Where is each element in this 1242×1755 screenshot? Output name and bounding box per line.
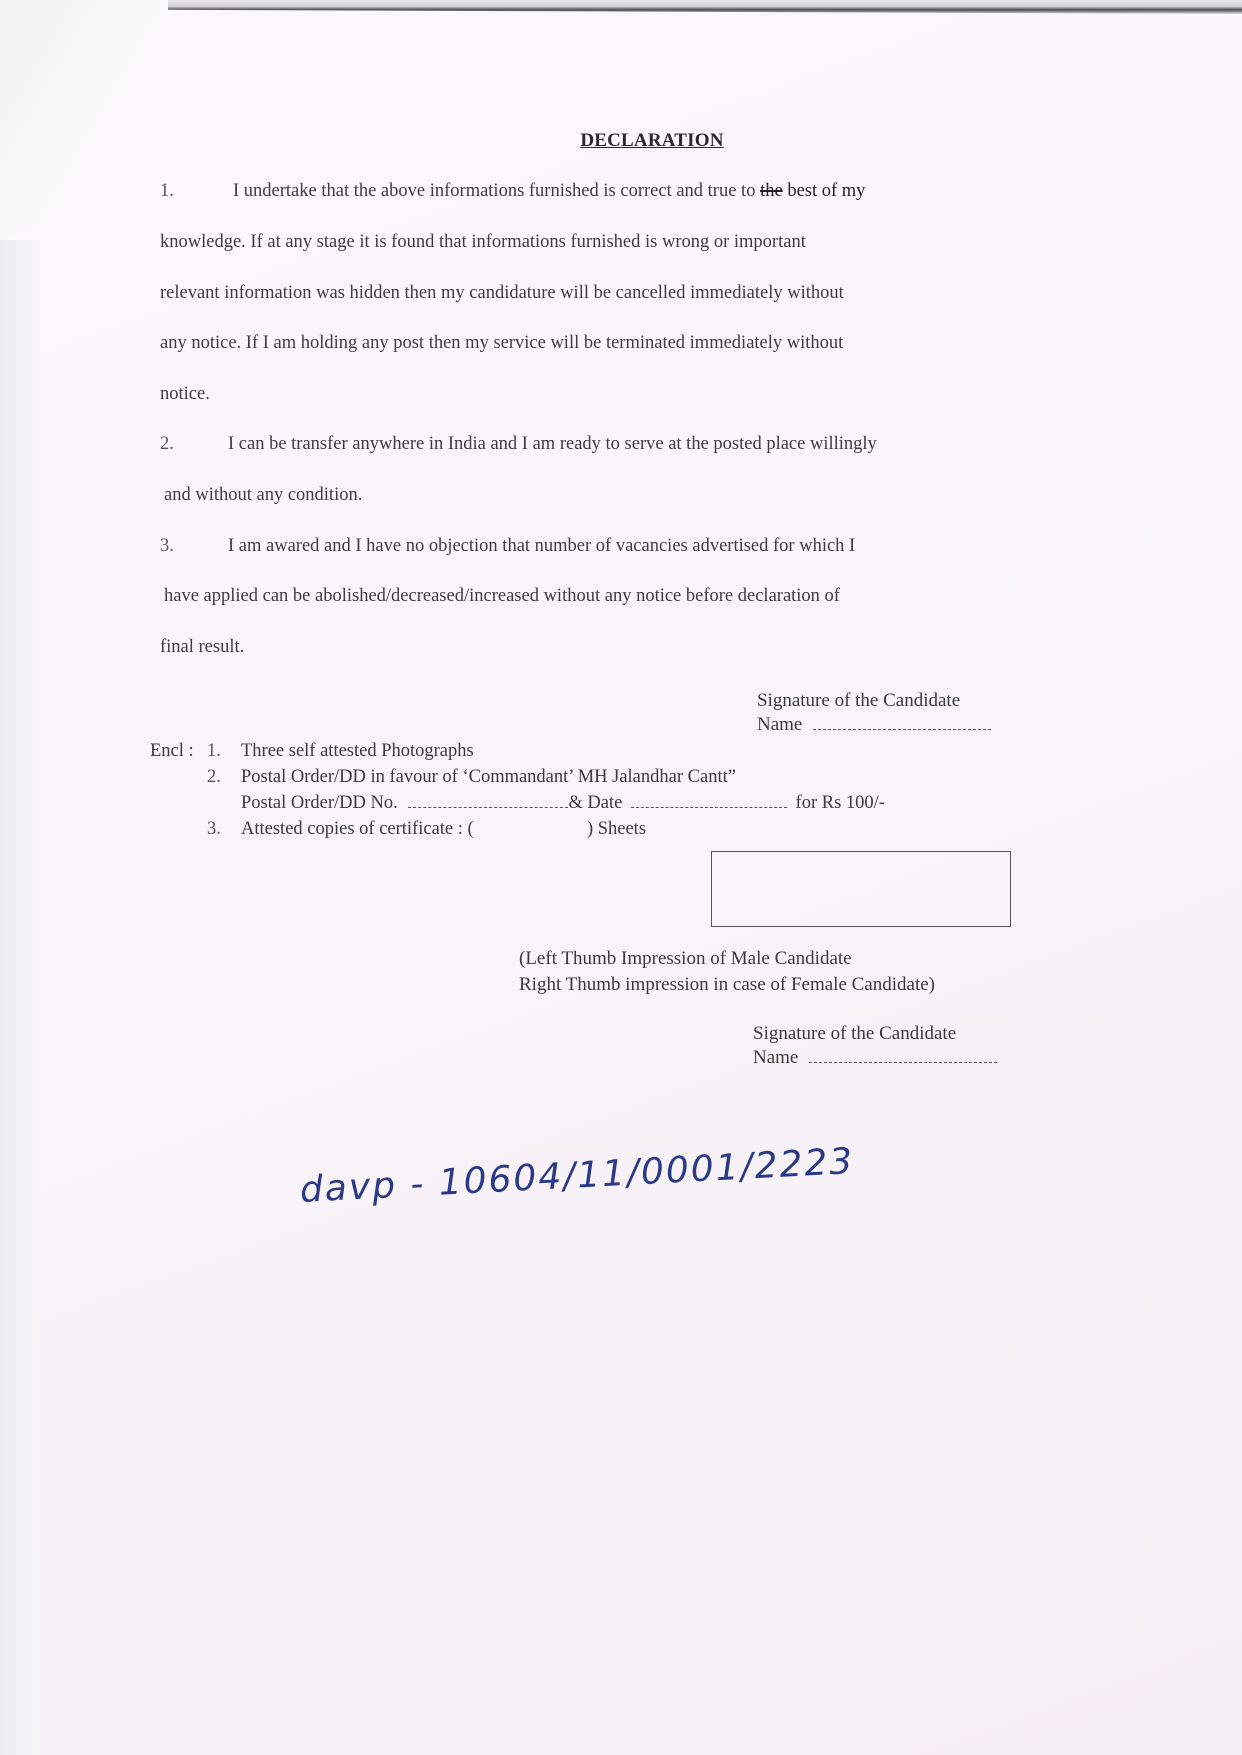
certificate-copies-row: Attested copies of certificate : ( ) She… xyxy=(241,816,646,842)
postal-order-row: Postal Order/DD No. & Date for Rs 100/- xyxy=(241,790,885,816)
certificate-copies-label: Attested copies of certificate : ( xyxy=(241,819,474,839)
thumb-impression-caption: (Left Thumb Impression of Male Candidate… xyxy=(519,946,935,998)
page-title: DECLARATION xyxy=(0,130,1242,152)
thumb-impression-box[interactable] xyxy=(711,851,1011,927)
item-3-line-2: have applied can be abolished/decreased/… xyxy=(164,586,840,607)
enclosure-item: Encl : 1. Three self attested Photograph… xyxy=(150,738,970,764)
struck-word: the xyxy=(760,181,783,201)
item-1-line-1-text: I undertake that the above informations … xyxy=(233,181,755,201)
postal-order-no-label: Postal Order/DD No. xyxy=(241,793,398,813)
enclosure-item: Postal Order/DD No. & Date for Rs 100/- xyxy=(150,790,970,816)
item-1-line-4: any notice. If I am holding any post the… xyxy=(160,333,843,354)
name-label: Name xyxy=(757,714,802,735)
name-field[interactable] xyxy=(809,1046,997,1063)
enclosure-number: 1. xyxy=(207,738,221,764)
item-number: 2. xyxy=(160,434,174,455)
enclosure-text: Postal Order/DD in favour of ‘Commandant… xyxy=(241,764,736,790)
item-1-line-2: knowledge. If at any stage it is found t… xyxy=(160,232,806,253)
item-2-line-1: I can be transfer anywhere in India and … xyxy=(228,434,877,455)
name-field[interactable] xyxy=(813,713,991,730)
enclosure-item: 3. Attested copies of certificate : ( ) … xyxy=(150,816,970,842)
item-2-line-2: and without any condition. xyxy=(164,485,362,506)
item-number: 1. xyxy=(160,181,174,202)
item-3-line-1: I am awared and I have no objection that… xyxy=(228,536,855,557)
signature-block-1: Signature of the Candidate Name xyxy=(757,689,991,737)
enclosure-number: 2. xyxy=(207,764,221,790)
item-1-line-5: notice. xyxy=(160,384,210,405)
name-field-row: Name xyxy=(753,1046,997,1070)
enclosures-label: Encl : xyxy=(150,738,194,764)
signature-block-2: Signature of the Candidate Name xyxy=(753,1022,997,1070)
item-1-line-1: I undertake that the above informations … xyxy=(233,181,865,202)
name-label: Name xyxy=(753,1047,798,1068)
amount-text: for Rs 100/- xyxy=(796,793,885,813)
date-field[interactable] xyxy=(631,791,787,808)
signature-label: Signature of the Candidate xyxy=(753,1022,997,1046)
item-1-line-3: relevant information was hidden then my … xyxy=(160,283,844,304)
item-1-line-1-tail: best of my xyxy=(787,181,865,201)
thumb-caption-line-1: (Left Thumb Impression of Male Candidate xyxy=(519,946,935,972)
declaration-document: DECLARATION 1. I undertake that the abov… xyxy=(0,0,1242,1755)
enclosure-number: 3. xyxy=(207,816,221,842)
item-3-line-3: final result. xyxy=(160,637,244,658)
enclosure-item: 2. Postal Order/DD in favour of ‘Command… xyxy=(150,764,970,790)
name-field-row: Name xyxy=(757,713,991,737)
enclosures-list: Encl : 1. Three self attested Photograph… xyxy=(150,738,970,842)
date-label: & Date xyxy=(568,793,622,813)
thumb-caption-line-2: Right Thumb impression in case of Female… xyxy=(519,972,935,998)
enclosure-text: Three self attested Photographs xyxy=(241,738,474,764)
sheets-label: ) Sheets xyxy=(587,819,646,839)
signature-label: Signature of the Candidate xyxy=(757,689,991,713)
item-number: 3. xyxy=(160,536,174,557)
postal-order-no-field[interactable] xyxy=(408,791,568,808)
handwritten-reference-number: davp - 10604/11/0001/2223 xyxy=(299,1141,855,1211)
